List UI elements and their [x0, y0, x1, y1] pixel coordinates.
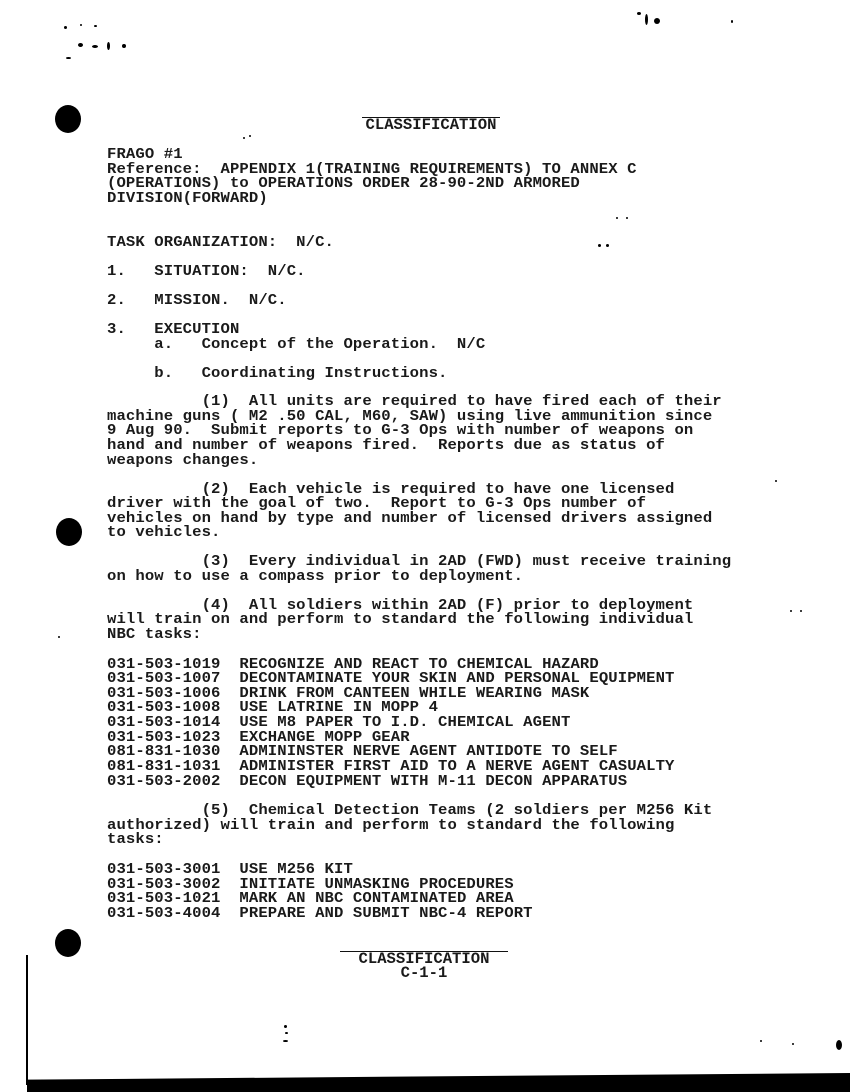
scan-speck [107, 42, 110, 50]
paragraph-line: on how to use a compass prior to deploym… [107, 570, 523, 584]
scan-speck [836, 1040, 842, 1050]
page-number: C-1-1 [340, 966, 508, 981]
scan-speck [92, 45, 98, 48]
scan-speck [616, 217, 618, 219]
task-description: DECON EQUIPMENT WITH M-11 DECON APPARATU… [239, 773, 627, 790]
scan-speck [731, 20, 733, 23]
task-row: 081-831-1031 ADMINISTER FIRST AID TO A N… [107, 760, 674, 774]
reference-line: DIVISION(FORWARD) [107, 192, 268, 206]
paragraph-line: tasks: [107, 833, 164, 847]
scan-speck [284, 1025, 287, 1028]
task-row: 031-503-1021 MARK AN NBC CONTAMINATED AR… [107, 892, 514, 906]
paragraph-line: NBC tasks: [107, 628, 202, 642]
scan-edge-line [26, 955, 28, 1085]
scan-speck [775, 480, 777, 482]
scan-speck [243, 137, 245, 139]
reference-line: (OPERATIONS) to OPERATIONS ORDER 28-90-2… [107, 177, 580, 191]
scan-speck [637, 12, 641, 15]
scan-speck [285, 1032, 288, 1034]
scan-speck [654, 18, 660, 24]
header-classification: CLASSIFICATION [362, 117, 500, 133]
scan-speck [122, 44, 126, 48]
punch-hole [55, 105, 81, 133]
execution: 3. EXECUTION [107, 323, 239, 337]
scan-speck [645, 14, 648, 25]
scan-speck [283, 1040, 288, 1042]
paragraph-line: (1) All units are required to have fired… [107, 395, 722, 409]
task-row: 031-503-1014 USE M8 PAPER TO I.D. CHEMIC… [107, 716, 570, 730]
paragraph-line: will train on and perform to standard th… [107, 613, 693, 627]
paragraph-line: driver with the goal of two. Report to G… [107, 497, 646, 511]
task-code: 031-503-2002 [107, 773, 221, 790]
scan-speck [626, 217, 628, 219]
scan-speck [790, 610, 792, 612]
scan-speck [760, 1040, 762, 1042]
punch-hole [56, 518, 82, 546]
punch-hole [55, 929, 81, 957]
scan-speck [94, 25, 97, 27]
scan-speck [606, 244, 609, 247]
task-code: 031-503-4004 [107, 905, 221, 922]
paragraph-line: hand and number of weapons fired. Report… [107, 439, 665, 453]
concept-of-operation: a. Concept of the Operation. N/C [107, 338, 485, 352]
paragraph-line: to vehicles. [107, 526, 221, 540]
coordinating-instructions: b. Coordinating Instructions. [107, 367, 447, 381]
scan-speck [800, 610, 802, 612]
paragraph-line: (3) Every individual in 2AD (FWD) must r… [107, 555, 731, 569]
task-row: 031-503-3001 USE M256 KIT [107, 863, 353, 877]
task-row: 031-503-1007 DECONTAMINATE YOUR SKIN AND… [107, 672, 674, 686]
scan-edge-bar [27, 1073, 850, 1092]
scan-speck [80, 24, 82, 26]
scan-speck [598, 244, 601, 247]
task-organization: TASK ORGANIZATION: N/C. [107, 236, 334, 250]
scan-speck [66, 57, 71, 59]
scan-speck [64, 26, 67, 29]
scan-speck [58, 636, 60, 638]
mission: 2. MISSION. N/C. [107, 294, 287, 308]
task-row: 031-503-4004 PREPARE AND SUBMIT NBC-4 RE… [107, 907, 533, 921]
scan-speck [792, 1043, 794, 1045]
paragraph-line: (5) Chemical Detection Teams (2 soldiers… [107, 804, 712, 818]
task-row: 031-503-1008 USE LATRINE IN MOPP 4 [107, 701, 438, 715]
paragraph-line: weapons changes. [107, 454, 258, 468]
paragraph-line: 9 Aug 90. Submit reports to G-3 Ops with… [107, 424, 693, 438]
situation: 1. SITUATION: N/C. [107, 265, 306, 279]
scan-speck [249, 135, 251, 137]
scan-speck [78, 43, 83, 47]
paragraph-line: authorized) will train and perform to st… [107, 819, 674, 833]
frago-title: FRAGO #1 [107, 148, 183, 162]
task-description: PREPARE AND SUBMIT NBC-4 REPORT [239, 905, 532, 922]
document-page: CLASSIFICATION FRAGO #1 Reference: APPEN… [0, 0, 850, 1092]
task-row: 031-503-2002 DECON EQUIPMENT WITH M-11 D… [107, 775, 627, 789]
task-row: 081-831-1030 ADMININSTER NERVE AGENT ANT… [107, 745, 618, 759]
